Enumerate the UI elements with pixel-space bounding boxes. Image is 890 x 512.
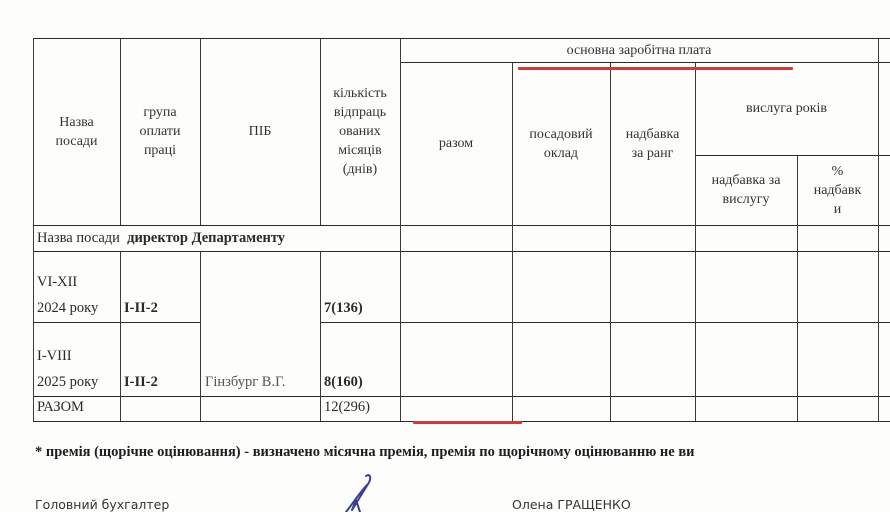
row2-pay-group: І-ІІ-2: [124, 374, 158, 391]
header-rank: надбавка за ранг: [610, 62, 695, 225]
header-position: Назва посади: [33, 38, 120, 225]
signature-name: Олена ГРАЩЕНКО: [512, 497, 631, 512]
header-seniority: вислуга років: [695, 62, 878, 155]
header-name: ПІБ: [200, 38, 320, 225]
header-seniority-pct: % надбавк и: [797, 155, 878, 225]
position-row: Назва посади директор Департаменту: [37, 230, 285, 247]
totals-label: РАЗОМ: [37, 399, 84, 416]
header-bottom: [33, 225, 890, 226]
col-line: [120, 251, 121, 421]
row1-period-line2: 2024 року: [37, 300, 98, 317]
red-underline-header: [518, 67, 793, 70]
col-line: [200, 251, 201, 421]
red-underline-total: [413, 421, 522, 424]
row2-bottom: [33, 396, 890, 397]
col-line: [320, 251, 321, 421]
row2-period-line1: I-VIII: [37, 348, 72, 365]
row1-months: 7(136): [324, 300, 363, 317]
totals-months: 12(296): [324, 399, 370, 416]
signature-scribble-icon: [330, 472, 380, 512]
header-main-salary: основна заробітна плата: [400, 38, 878, 62]
footnote: * премія (щорічне оцінювання) - визначен…: [35, 444, 695, 461]
signature-role: Головний бухгалтер: [35, 497, 169, 512]
row1-bottom-a: [33, 322, 120, 323]
header-months: кількість відпраць ованих місяців (днів): [320, 38, 400, 225]
row1-bottom-c: [320, 322, 890, 323]
row1-period-line1: VI-XII: [37, 274, 77, 291]
position-value: директор Департаменту: [127, 230, 285, 246]
header-salary: посадовий оклад: [512, 62, 610, 225]
header-total: разом: [400, 62, 512, 225]
row2-name: Гінзбург В.Г.: [205, 374, 285, 391]
row2-period-line2: 2025 року: [37, 374, 98, 391]
row2-months: 8(160): [324, 374, 363, 391]
position-row-bottom: [33, 251, 890, 252]
row1-bottom-b: [120, 322, 200, 323]
row1-pay-group: І-ІІ-2: [124, 300, 158, 317]
position-label: Назва посади: [37, 230, 120, 246]
header-pay-group: група оплати праці: [120, 38, 200, 225]
header-seniority-bonus: надбавка за вислугу: [695, 155, 797, 225]
col-line: [878, 38, 879, 421]
